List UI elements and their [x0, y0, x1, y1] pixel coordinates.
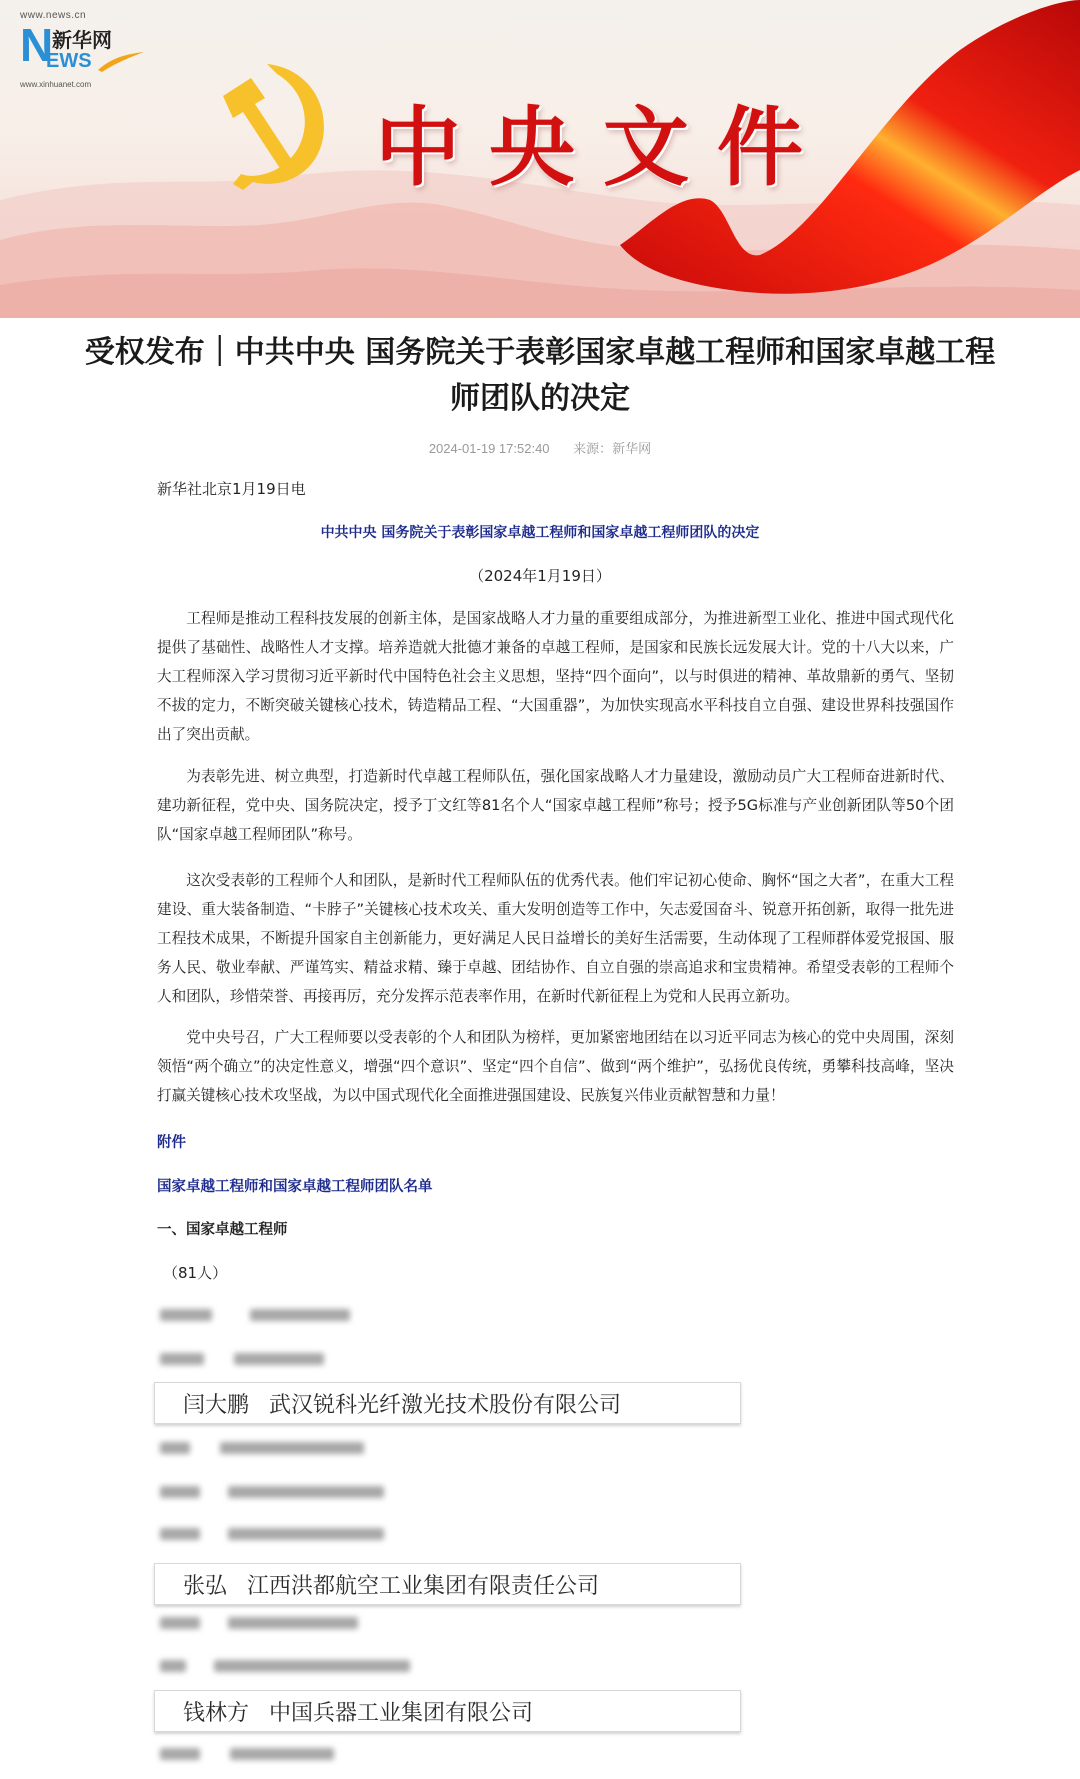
blurred-list-item [160, 1657, 410, 1675]
xinhua-logo[interactable]: www.news.cn N 新华网 EWS www.xinhuanet.com [18, 10, 138, 85]
paragraph-2: 为表彰先进、树立典型，打造新时代卓越工程师队伍，强化国家战略人才力量建设，激励动… [157, 762, 954, 849]
source-name: 新华网 [612, 441, 651, 456]
blurred-list-item [160, 1525, 384, 1543]
logo-swoosh-icon [96, 50, 146, 72]
source-label: 来源： [573, 441, 612, 456]
blurred-list-item [160, 1306, 350, 1324]
highlighted-list-item: 钱林方 中国兵器工业集团有限公司 [154, 1690, 741, 1732]
blurred-list-item [160, 1483, 384, 1501]
logo-url-bottom: www.xinhuanet.com [20, 80, 91, 89]
header-banner: www.news.cn N 新华网 EWS www.xinhuanet.com … [0, 0, 1080, 318]
blurred-list-item [160, 1350, 324, 1368]
document-heading: 中共中央 国务院关于表彰国家卓越工程师和国家卓越工程师团队的决定 [0, 522, 1080, 542]
article-title: 受权发布｜中共中央 国务院关于表彰国家卓越工程师和国家卓越工程师团队的决定 [80, 330, 1000, 422]
logo-ews: EWS [46, 50, 92, 73]
section-heading: 一、国家卓越工程师 [157, 1218, 288, 1239]
dateline: 新华社北京1月19日电 [157, 478, 306, 499]
paragraph-3: 这次受表彰的工程师个人和团队，是新时代工程师队伍的优秀代表。他们牢记初心使命、胸… [157, 866, 954, 1011]
annex-label: 附件 [157, 1131, 186, 1152]
red-ribbon [620, 0, 1080, 318]
honoree-organization: 中国兵器工业集团有限公司 [269, 1696, 533, 1727]
blurred-list-item [160, 1439, 364, 1457]
honoree-organization: 江西洪都航空工业集团有限责任公司 [247, 1569, 599, 1600]
article-meta: 2024-01-19 17:52:40 来源：新华网 [0, 438, 1080, 457]
hammer-and-sickle-icon [205, 60, 335, 190]
honoree-name: 张弘 [183, 1569, 227, 1600]
highlighted-list-item: 闫大鹏 武汉锐科光纤激光技术股份有限公司 [154, 1382, 741, 1424]
blurred-list-item [160, 1614, 358, 1632]
logo-brand-cn: 新华网 [52, 24, 112, 53]
blurred-list-item [160, 1745, 334, 1763]
paragraph-4: 党中央号召，广大工程师要以受表彰的个人和团队为榜样，更加紧密地团结在以习近平同志… [157, 1023, 954, 1110]
honoree-name: 钱林方 [183, 1696, 249, 1727]
highlighted-list-item: 张弘 江西洪都航空工业集团有限责任公司 [154, 1563, 741, 1605]
honoree-name: 闫大鹏 [183, 1388, 249, 1419]
honoree-organization: 武汉锐科光纤激光技术股份有限公司 [269, 1388, 621, 1419]
source: 来源：新华网 [573, 441, 651, 456]
document-date: （2024年1月19日） [0, 565, 1080, 586]
publish-datetime: 2024-01-19 17:52:40 [429, 441, 550, 456]
paragraph-1: 工程师是推动工程科技发展的创新主体，是国家战略人才力量的重要组成部分，为推进新型… [157, 604, 954, 749]
honoree-count: （81人） [163, 1262, 227, 1283]
annex-title: 国家卓越工程师和国家卓越工程师团队名单 [157, 1175, 433, 1196]
